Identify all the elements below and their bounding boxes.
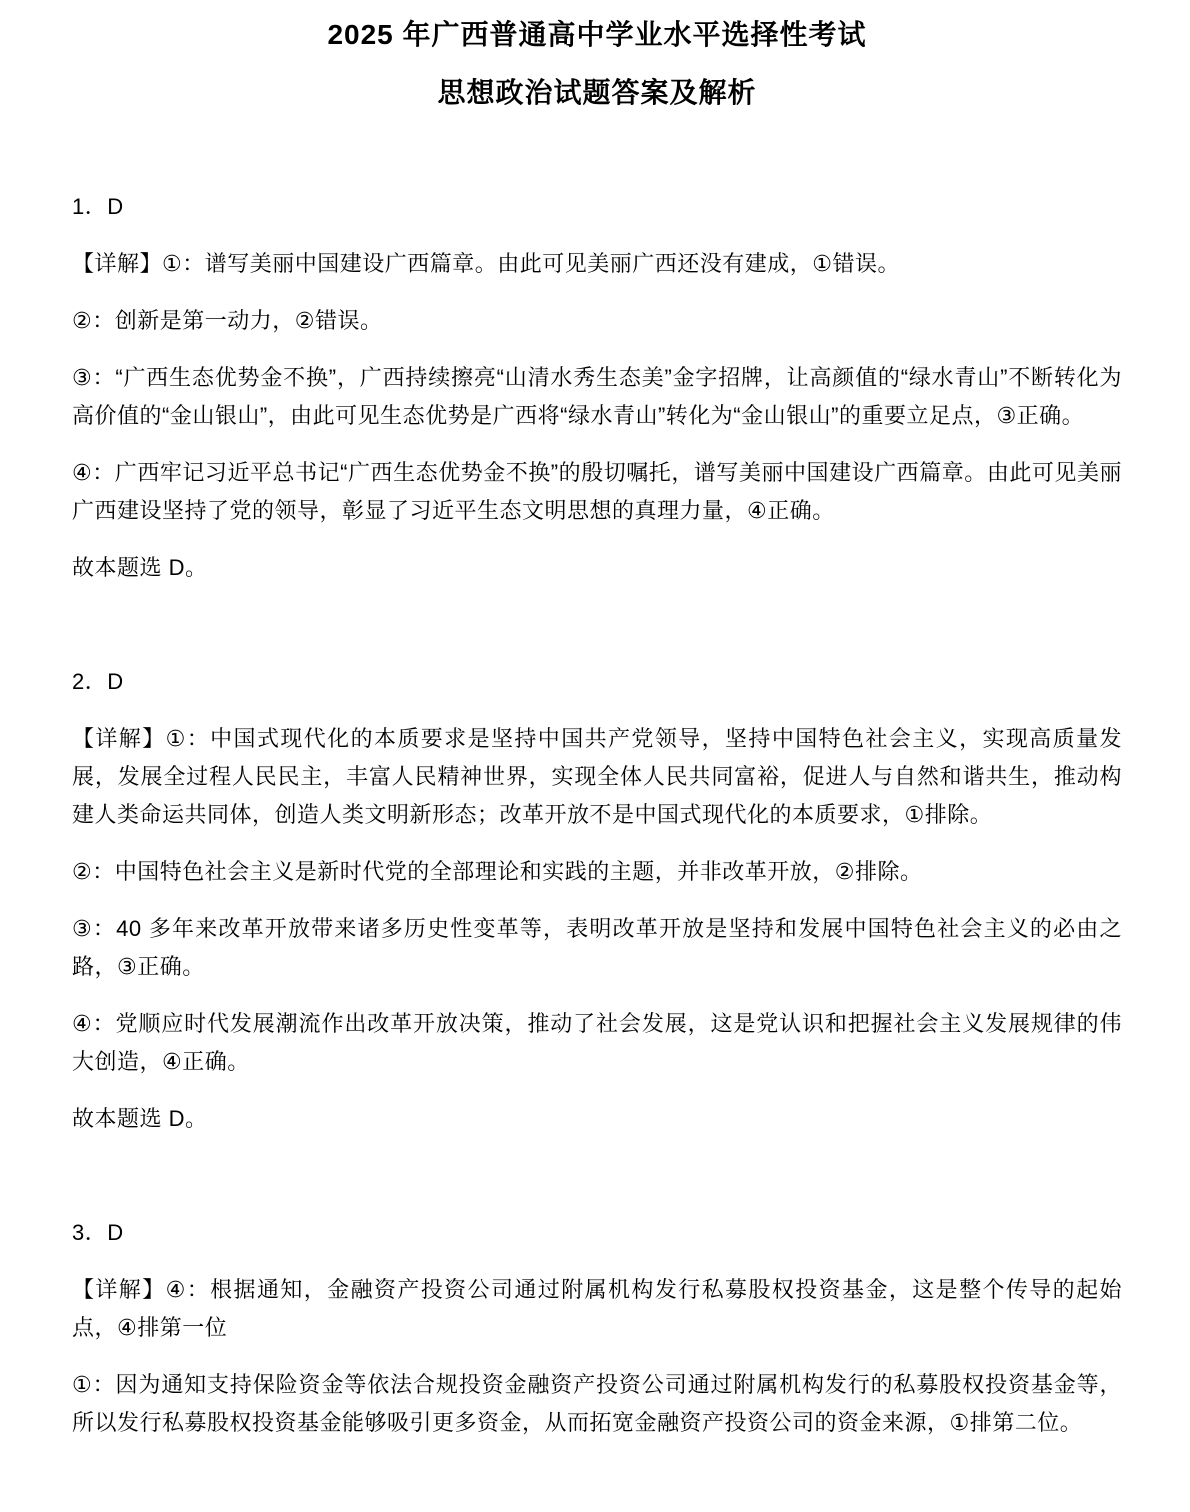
- explanation-paragraph: ③：“广西生态优势金不换”，广西持续擦亮“山清水秀生态美”金字招牌，让高颜值的“…: [72, 359, 1122, 435]
- explanation-paragraph: ③：40 多年来改革开放带来诸多历史性变革等，表明改革开放是坚持和发展中国特色社…: [72, 910, 1122, 986]
- answer-conclusion: 故本题选 D。: [72, 549, 1122, 587]
- document-page: 2025 年广西普通高中学业水平选择性考试 思想政治试题答案及解析 1．D【详解…: [0, 0, 1190, 1442]
- explanation-paragraph: ④：广西牢记习近平总书记“广西生态优势金不换”的殷切嘱托，谱写美丽中国建设广西篇…: [72, 454, 1122, 530]
- answer-number: 2．D: [72, 663, 1122, 701]
- document-title-line2: 思想政治试题答案及解析: [72, 74, 1122, 112]
- answer-conclusion: 故本题选 D。: [72, 1100, 1122, 1138]
- explanation-paragraph: ②：创新是第一动力，②错误。: [72, 302, 1122, 340]
- document-title-line1: 2025 年广西普通高中学业水平选择性考试: [72, 16, 1122, 54]
- explanation-paragraph: ④：党顺应时代发展潮流作出改革开放决策，推动了社会发展，这是党认识和把握社会主义…: [72, 1005, 1122, 1081]
- explanation-paragraph: 【详解】①：谱写美丽中国建设广西篇章。由此可见美丽广西还没有建成，①错误。: [72, 245, 1122, 283]
- answer-number: 3．D: [72, 1214, 1122, 1252]
- answer-number: 1．D: [72, 188, 1122, 226]
- answer-sections: 1．D【详解】①：谱写美丽中国建设广西篇章。由此可见美丽广西还没有建成，①错误。…: [72, 188, 1122, 1442]
- explanation-paragraph: 【详解】①：中国式现代化的本质要求是坚持中国共产党领导，坚持中国特色社会主义，实…: [72, 720, 1122, 834]
- explanation-paragraph: ②：中国特色社会主义是新时代党的全部理论和实践的主题，并非改革开放，②排除。: [72, 853, 1122, 891]
- explanation-paragraph: ①：因为通知支持保险资金等依法合规投资金融资产投资公司通过附属机构发行的私募股权…: [72, 1366, 1122, 1442]
- explanation-paragraph: 【详解】④：根据通知，金融资产投资公司通过附属机构发行私募股权投资基金，这是整个…: [72, 1271, 1122, 1347]
